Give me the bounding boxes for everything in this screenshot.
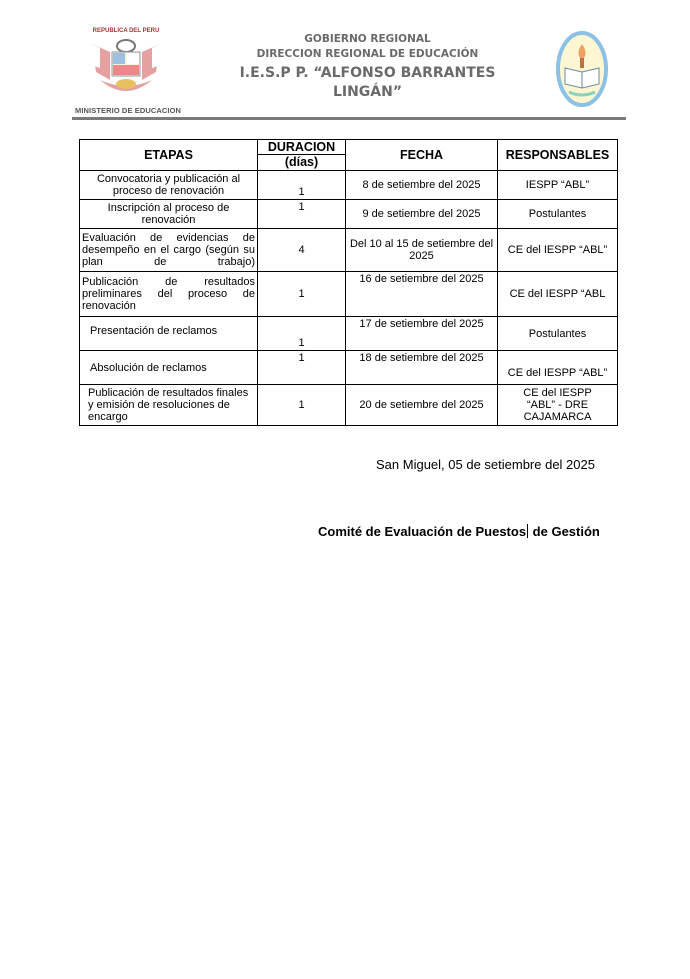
committee-name-part2: de Gestión: [529, 524, 600, 539]
cell-etapa: Inscripción al proceso de renovación: [80, 200, 258, 229]
cell-responsables: IESPP “ABL”: [498, 171, 618, 200]
cell-fecha: 16 de setiembre del 2025: [346, 272, 498, 317]
institute-name: I.E.S.P P. “ALFONSO BARRANTES LINGÁN”: [220, 64, 515, 102]
cell-responsables: CE del IESPP “ABL” - DRE CAJAMARCA: [498, 385, 618, 426]
ministry-label: MINISTERIO DE EDUCACION: [75, 106, 181, 115]
regional-direction-line: DIRECCION REGIONAL DE EDUCACIÓN: [220, 47, 515, 62]
header-responsables: RESPONSABLES: [498, 140, 618, 171]
cell-etapa: Absolución de reclamos: [80, 351, 258, 385]
cell-etapa: Evaluación de evidencias de desempeño en…: [80, 229, 258, 272]
cell-fecha: 9 de setiembre del 2025: [346, 200, 498, 229]
cell-etapa: Convocatoria y publicación al proceso de…: [80, 171, 258, 200]
cell-duracion: 1: [258, 317, 346, 351]
institution-heading: GOBIERNO REGIONAL DIRECCION REGIONAL DE …: [220, 32, 515, 102]
table-row: Evaluación de evidencias de desempeño en…: [80, 229, 618, 272]
table-row: Publicación de resultados finales y emis…: [80, 385, 618, 426]
document-header: REPUBLICA DEL PERU MINISTERIO DE EDUCACI…: [0, 0, 690, 125]
header-duracion-label: DURACION: [258, 140, 345, 155]
committee-name-part1: Comité de Evaluación de Puestos: [318, 524, 526, 539]
cell-fecha: 20 de setiembre del 2025: [346, 385, 498, 426]
schedule-table: ETAPAS DURACION (días) FECHA RESPONSABLE…: [79, 139, 618, 426]
svg-text:REPUBLICA DEL PERU: REPUBLICA DEL PERU: [93, 28, 160, 34]
peru-coat-of-arms-icon: REPUBLICA DEL PERU: [86, 22, 166, 104]
header-duracion-unit: (días): [258, 155, 345, 170]
table-row: Presentación de reclamos 1 17 de setiemb…: [80, 317, 618, 351]
cell-etapa: Publicación de resultados preliminares d…: [80, 272, 258, 317]
cell-responsables: CE del IESPP “ABL: [498, 272, 618, 317]
header-fecha: FECHA: [346, 140, 498, 171]
header-etapas: ETAPAS: [80, 140, 258, 171]
cell-fecha: Del 10 al 15 de setiembre del 2025: [346, 229, 498, 272]
cell-duracion: 1: [258, 351, 346, 385]
cell-duracion: 1: [258, 171, 346, 200]
table-header-row: ETAPAS DURACION (días) FECHA RESPONSABLE…: [80, 140, 618, 171]
iespp-school-crest-icon: [555, 30, 609, 108]
cell-etapa: Presentación de reclamos: [80, 317, 258, 351]
committee-signature: Comité de Evaluación de Puestos de Gesti…: [318, 524, 600, 539]
cell-etapa: Publicación de resultados finales y emis…: [80, 385, 258, 426]
place-and-date: San Miguel, 05 de setiembre del 2025: [376, 457, 595, 472]
cell-fecha: 17 de setiembre del 2025: [346, 317, 498, 351]
table-row: Publicación de resultados preliminares d…: [80, 272, 618, 317]
cell-fecha: 18 de setiembre del 2025: [346, 351, 498, 385]
text-cursor: [527, 524, 528, 538]
cell-duracion: 4: [258, 229, 346, 272]
regional-government-line: GOBIERNO REGIONAL: [220, 32, 515, 47]
cell-duracion: 1: [258, 200, 346, 229]
cell-responsables: Postulantes: [498, 317, 618, 351]
cell-duracion: 1: [258, 385, 346, 426]
table-row: Inscripción al proceso de renovación 1 9…: [80, 200, 618, 229]
cell-duracion: 1: [258, 272, 346, 317]
header-duracion: DURACION (días): [258, 140, 346, 171]
header-divider: [72, 117, 626, 120]
table-row: Convocatoria y publicación al proceso de…: [80, 171, 618, 200]
table-row: Absolución de reclamos 1 18 de setiembre…: [80, 351, 618, 385]
cell-fecha: 8 de setiembre del 2025: [346, 171, 498, 200]
cell-responsables: Postulantes: [498, 200, 618, 229]
cell-responsables: CE del IESPP “ABL”: [498, 229, 618, 272]
cell-responsables: CE del IESPP “ABL”: [498, 351, 618, 385]
